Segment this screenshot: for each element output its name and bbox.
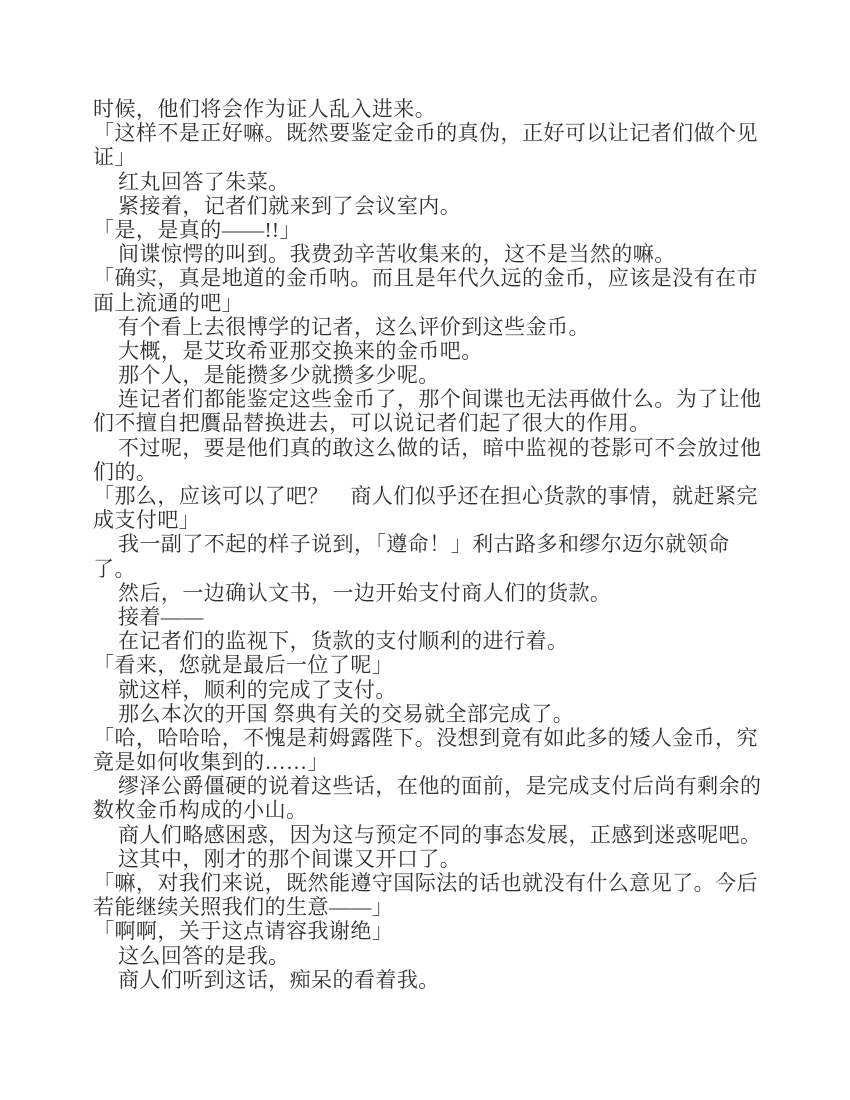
- text-line: 那么本次的开国 祭典有关的交易就全部完成了。: [93, 702, 765, 726]
- text-line: 连记者们都能鉴定这些金币了，那个间谍也无法再做什么。为了让他: [93, 387, 765, 411]
- text-line: 这么回答的是我。: [93, 944, 765, 968]
- text-line: 商人们听到这话，痴呆的看着我。: [93, 968, 765, 992]
- text-line: 「哈，哈哈哈，不愧是莉姆露陛下。没想到竟有如此多的矮人金币，究: [93, 726, 765, 750]
- text-line: 「确实，真是地道的金币呐。而且是年代久远的金币，应该是没有在市: [93, 266, 765, 290]
- text-line: 成支付吧」: [93, 508, 765, 532]
- text-line: 若能继续关照我们的生意——」: [93, 895, 765, 919]
- page: { "document": { "kind": "novel-text-page…: [0, 0, 850, 1100]
- text-line: 「看来，您就是最后一位了呢」: [93, 653, 765, 677]
- text-line: 有个看上去很博学的记者，这么评价到这些金币。: [93, 315, 765, 339]
- text-line: 「那么，应该可以了吧？ 商人们似乎还在担心货款的事情，就赶紧完: [93, 484, 765, 508]
- text-line: 们不擅自把贋品替换进去，可以说记者们起了很大的作用。: [93, 411, 765, 435]
- text-line: 红丸回答了朱菜。: [93, 170, 765, 194]
- text-line: 数枚金币构成的小山。: [93, 798, 765, 822]
- text-line: 间谍惊愕的叫到。我费劲辛苦收集来的，这不是当然的嘛。: [93, 242, 765, 266]
- text-line: 时候，他们将会作为证人乱入进来。: [93, 97, 765, 121]
- text-line: 「这样不是正好嘛。既然要鉴定金币的真伪，正好可以让记者们做个见: [93, 121, 765, 145]
- text-line: 那个人，是能攒多少就攒多少呢。: [93, 363, 765, 387]
- text-line: 就这样，顺利的完成了支付。: [93, 678, 765, 702]
- text-line: 竟是如何收集到的……」: [93, 750, 765, 774]
- text-line: 「嘛，对我们来说，既然能遵守国际法的话也就没有什么意见了。今后: [93, 871, 765, 895]
- text-line: 不过呢，要是他们真的敢这么做的话，暗中监视的苍影可不会放过他: [93, 436, 765, 460]
- text-line: 证」: [93, 145, 765, 169]
- text-line: 「是，是真的——!!」: [93, 218, 765, 242]
- text-line: 在记者们的监视下，货款的支付顺利的进行着。: [93, 629, 765, 653]
- text-line: 「啊啊，关于这点请容我谢绝」: [93, 919, 765, 943]
- text-line: 了。: [93, 557, 765, 581]
- text-line: 缪泽公爵僵硬的说着这些话，在他的面前，是完成支付后尚有剩余的: [93, 774, 765, 798]
- text-line: 面上流通的吧」: [93, 291, 765, 315]
- text-line: 这其中，刚才的那个间谍又开口了。: [93, 847, 765, 871]
- text-line: 然后，一边确认文书，一边开始支付商人们的货款。: [93, 581, 765, 605]
- text-line: 紧接着，记者们就来到了会议室内。: [93, 194, 765, 218]
- text-content: 时候，他们将会作为证人乱入进来。 「这样不是正好嘛。既然要鉴定金币的真伪，正好可…: [93, 97, 765, 992]
- text-line: 我一副了不起的样子说到，「遵命！」利古路多和缪尔迈尔就领命: [93, 532, 765, 556]
- text-line: 接着——: [93, 605, 765, 629]
- text-line: 大概，是艾玫希亚那交换来的金币吧。: [93, 339, 765, 363]
- text-line: 们的。: [93, 460, 765, 484]
- text-line: 商人们略感困惑，因为这与预定不同的事态发展，正感到迷惑呢吧。: [93, 823, 765, 847]
